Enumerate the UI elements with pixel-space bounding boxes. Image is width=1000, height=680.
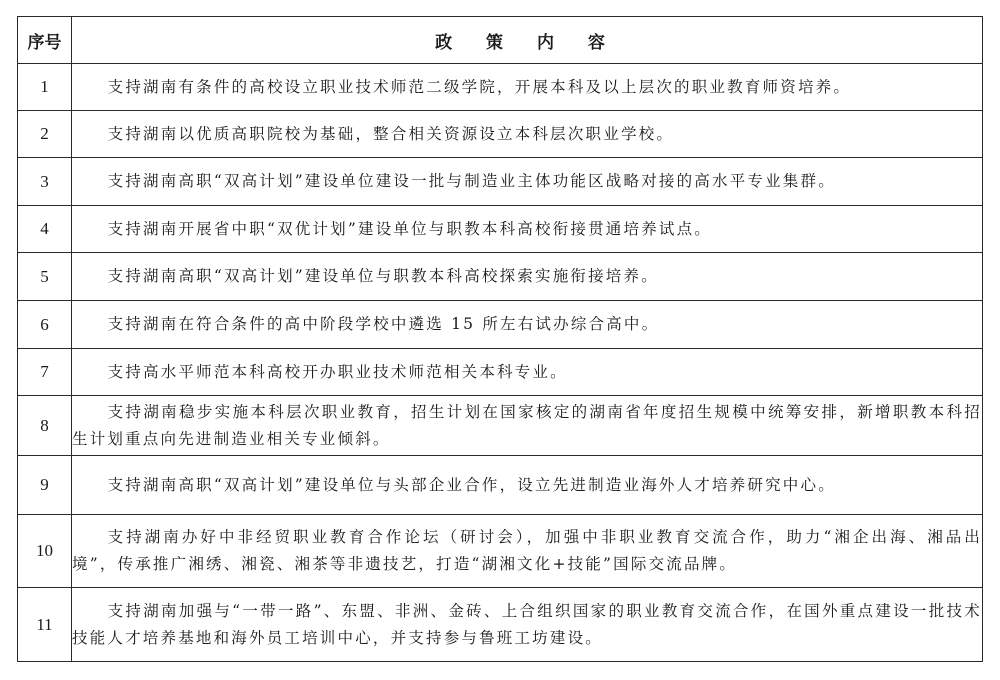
policy-text: 支持湖南加强与“一带一路”、东盟、非洲、金砖、上合组织国家的职业教育交流合作，在… — [72, 598, 982, 652]
policy-text: 支持湖南稳步实施本科层次职业教育，招生计划在国家核定的湖南省年度招生规模中统筹安… — [72, 399, 982, 453]
row-content-cell: 支持湖南以优质高职院校为基础，整合相关资源设立本科层次职业学校。 — [72, 111, 983, 158]
row-number: 2 — [18, 111, 72, 158]
table-row: 2支持湖南以优质高职院校为基础，整合相关资源设立本科层次职业学校。 — [18, 111, 983, 158]
row-number: 11 — [18, 588, 72, 662]
policy-table: 序号 政 策 内 容 1支持湖南有条件的高校设立职业技术师范二级学院，开展本科及… — [17, 16, 983, 662]
row-number: 10 — [18, 515, 72, 588]
row-content-cell: 支持湖南有条件的高校设立职业技术师范二级学院，开展本科及以上层次的职业教育师资培… — [72, 64, 983, 111]
policy-text: 支持湖南开展省中职“双优计划”建设单位与职教本科高校衔接贯通培养试点。 — [72, 216, 982, 243]
row-number: 9 — [18, 456, 72, 515]
row-content-cell: 支持湖南办好中非经贸职业教育合作论坛（研讨会），加强中非职业教育交流合作，助力“… — [72, 515, 983, 588]
row-number: 6 — [18, 301, 72, 349]
row-number: 5 — [18, 253, 72, 301]
table-row: 1支持湖南有条件的高校设立职业技术师范二级学院，开展本科及以上层次的职业教育师资… — [18, 64, 983, 111]
table-row: 8支持湖南稳步实施本科层次职业教育，招生计划在国家核定的湖南省年度招生规模中统筹… — [18, 396, 983, 456]
table-row: 6支持湖南在符合条件的高中阶段学校中遴选 15 所左右试办综合高中。 — [18, 301, 983, 349]
table-header-row: 序号 政 策 内 容 — [18, 17, 983, 64]
row-number: 8 — [18, 396, 72, 456]
row-content-cell: 支持湖南高职“双高计划”建设单位与职教本科高校探索实施衔接培养。 — [72, 253, 983, 301]
table-row: 3支持湖南高职“双高计划”建设单位建设一批与制造业主体功能区战略对接的高水平专业… — [18, 158, 983, 206]
table-row: 4支持湖南开展省中职“双优计划”建设单位与职教本科高校衔接贯通培养试点。 — [18, 206, 983, 253]
header-number: 序号 — [18, 17, 72, 64]
policy-text: 支持湖南高职“双高计划”建设单位建设一批与制造业主体功能区战略对接的高水平专业集… — [72, 168, 982, 195]
table-row: 7支持高水平师范本科高校开办职业技术师范相关本科专业。 — [18, 349, 983, 396]
policy-text: 支持湖南高职“双高计划”建设单位与职教本科高校探索实施衔接培养。 — [72, 263, 982, 290]
table-body: 1支持湖南有条件的高校设立职业技术师范二级学院，开展本科及以上层次的职业教育师资… — [18, 64, 983, 662]
row-content-cell: 支持湖南稳步实施本科层次职业教育，招生计划在国家核定的湖南省年度招生规模中统筹安… — [72, 396, 983, 456]
row-number: 7 — [18, 349, 72, 396]
policy-text: 支持湖南办好中非经贸职业教育合作论坛（研讨会），加强中非职业教育交流合作，助力“… — [72, 524, 982, 578]
row-content-cell: 支持湖南在符合条件的高中阶段学校中遴选 15 所左右试办综合高中。 — [72, 301, 983, 349]
policy-text: 支持湖南在符合条件的高中阶段学校中遴选 15 所左右试办综合高中。 — [72, 311, 982, 338]
row-number: 3 — [18, 158, 72, 206]
row-content-cell: 支持湖南高职“双高计划”建设单位与头部企业合作，设立先进制造业海外人才培养研究中… — [72, 456, 983, 515]
row-number: 4 — [18, 206, 72, 253]
policy-text: 支持湖南以优质高职院校为基础，整合相关资源设立本科层次职业学校。 — [72, 121, 982, 148]
row-content-cell: 支持湖南加强与“一带一路”、东盟、非洲、金砖、上合组织国家的职业教育交流合作，在… — [72, 588, 983, 662]
policy-text: 支持湖南有条件的高校设立职业技术师范二级学院，开展本科及以上层次的职业教育师资培… — [72, 74, 982, 101]
table-row: 9支持湖南高职“双高计划”建设单位与头部企业合作，设立先进制造业海外人才培养研究… — [18, 456, 983, 515]
policy-text: 支持湖南高职“双高计划”建设单位与头部企业合作，设立先进制造业海外人才培养研究中… — [72, 472, 982, 499]
row-content-cell: 支持高水平师范本科高校开办职业技术师范相关本科专业。 — [72, 349, 983, 396]
table-row: 5支持湖南高职“双高计划”建设单位与职教本科高校探索实施衔接培养。 — [18, 253, 983, 301]
header-content: 政 策 内 容 — [72, 17, 983, 64]
table-row: 11支持湖南加强与“一带一路”、东盟、非洲、金砖、上合组织国家的职业教育交流合作… — [18, 588, 983, 662]
row-number: 1 — [18, 64, 72, 111]
policy-text: 支持高水平师范本科高校开办职业技术师范相关本科专业。 — [72, 359, 982, 386]
row-content-cell: 支持湖南开展省中职“双优计划”建设单位与职教本科高校衔接贯通培养试点。 — [72, 206, 983, 253]
table-row: 10支持湖南办好中非经贸职业教育合作论坛（研讨会），加强中非职业教育交流合作，助… — [18, 515, 983, 588]
row-content-cell: 支持湖南高职“双高计划”建设单位建设一批与制造业主体功能区战略对接的高水平专业集… — [72, 158, 983, 206]
